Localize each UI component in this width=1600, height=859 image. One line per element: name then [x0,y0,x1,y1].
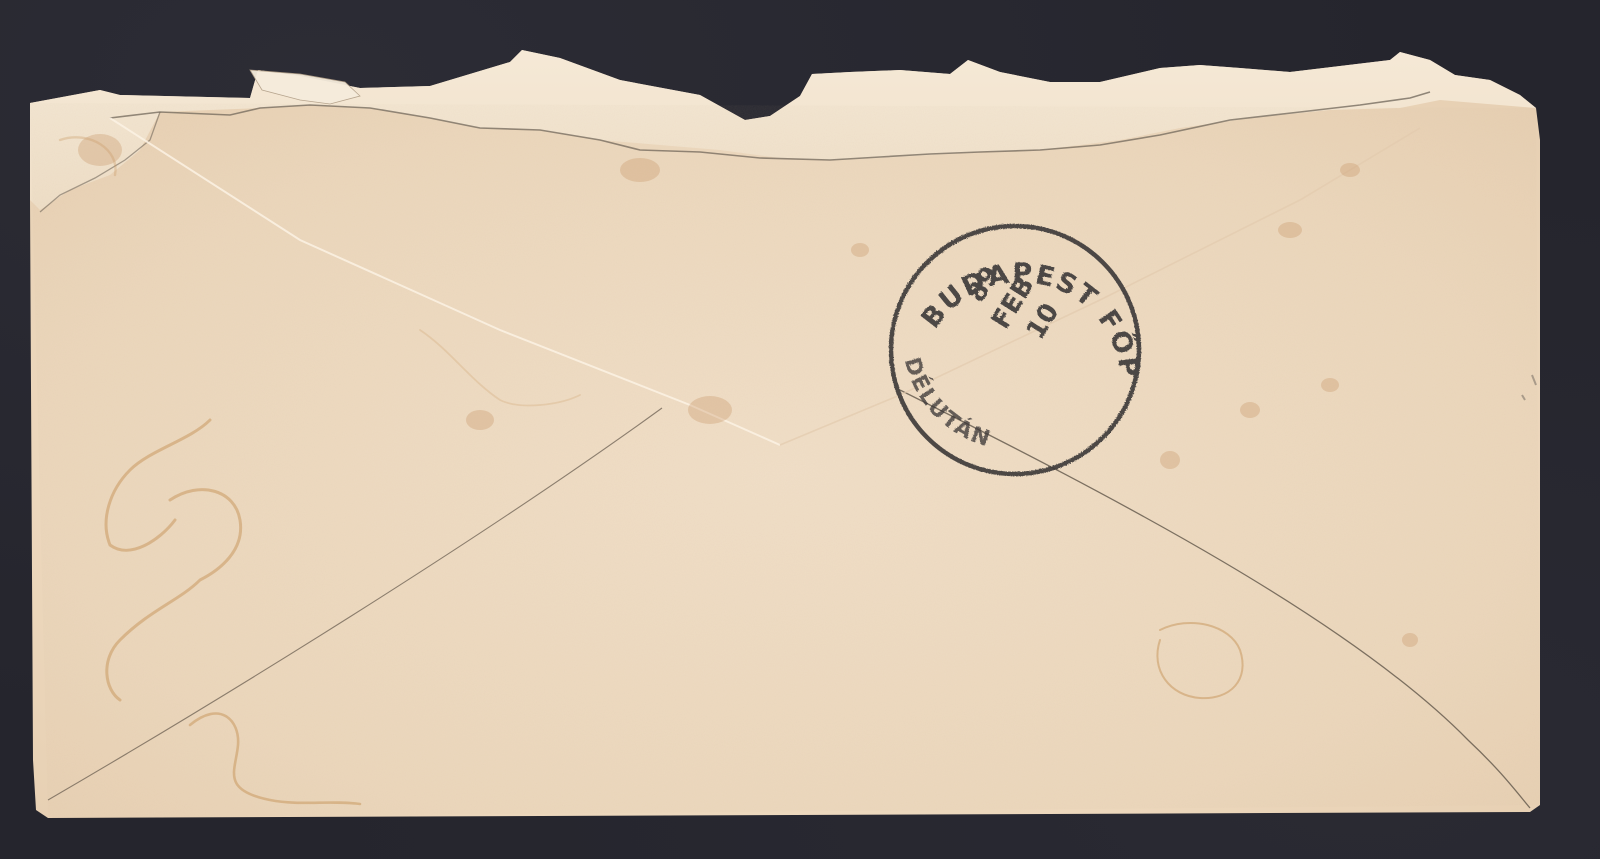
envelope-photo: BUDAPEST FŐPOSTA DÉLUTÁN 89 FEB 10 [0,0,1600,859]
envelope [30,50,1540,818]
